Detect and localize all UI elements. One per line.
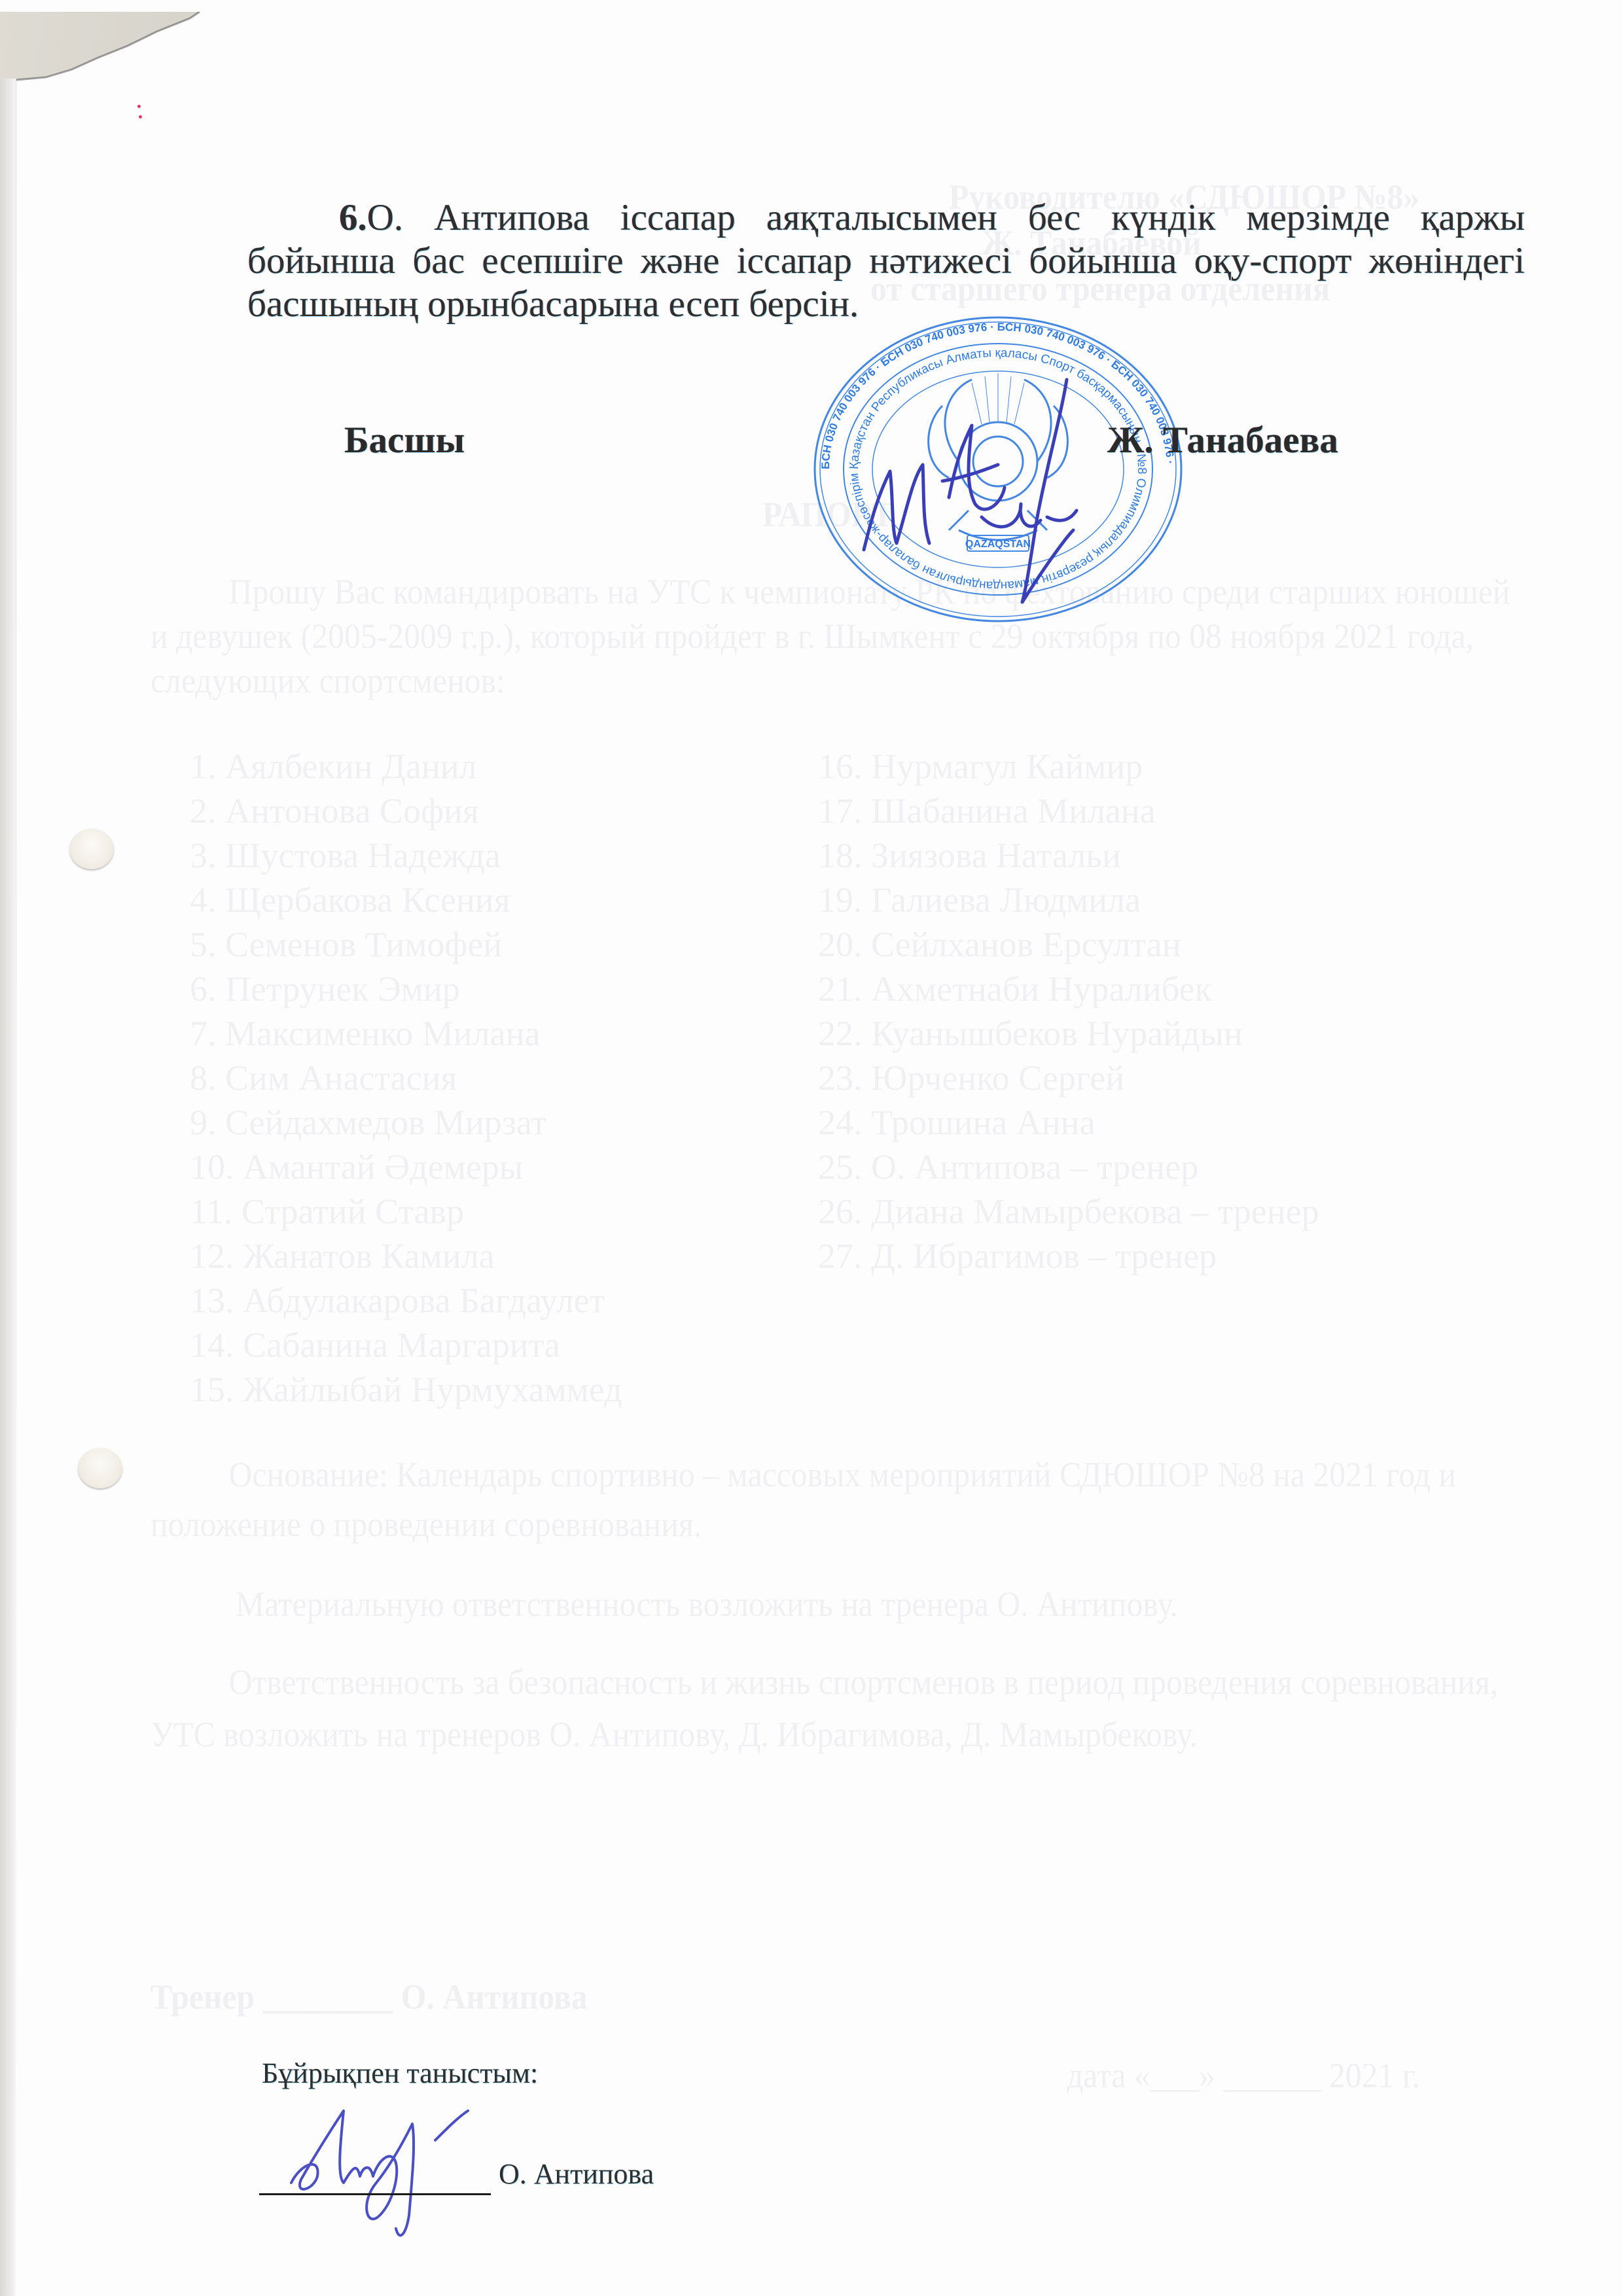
acknowledgement-signature <box>281 2104 497 2268</box>
signatory-title: Басшы <box>344 419 465 461</box>
ghost-signer: Тренер ________ О. Антипова <box>151 1977 588 2017</box>
ghost-list-item: 26. Диана Мамырбекова – тренер <box>818 1191 1319 1236</box>
ghost-list-item: 15. Жайлыбай Нурмухаммед <box>190 1369 622 1414</box>
head-signature <box>851 367 1139 615</box>
ghost-list-item: 14. Сабанина Маргарита <box>190 1325 622 1369</box>
ghost-list-item: 6. Петрунек Эмир <box>190 969 622 1013</box>
ghost-list-item: 10. Амантай Әдемеры <box>190 1147 622 1191</box>
acknowledgement-label: Бұйрықпен таныстым: <box>262 2056 538 2090</box>
ghost-list-item: 8. Сим Анастасия <box>190 1058 622 1102</box>
ghost-basis: Основание: Календарь спортивно – массовы… <box>151 1450 1535 1549</box>
ghost-list-item: 5. Семенов Тимофей <box>190 924 622 969</box>
ghost-list-item: 21. Ахметнаби Нуралибек <box>818 969 1319 1013</box>
ghost-list-item: 7. Максименко Милана <box>190 1013 622 1058</box>
ghost-list-right: 16. Нурмагул Каймир 17. Шабанина Милана … <box>818 746 1319 1280</box>
ghost-list-item: 1. Аялбекин Данил <box>190 746 622 791</box>
paragraph-text: О. Антипова іссапар аяқталысымен бес күн… <box>247 197 1525 325</box>
ghost-list-item: 3. Шустова Надежда <box>190 835 622 880</box>
signatory-name: Ж. Танабаева <box>1107 419 1338 461</box>
ghost-material: Материальную ответственность возложить н… <box>236 1584 1178 1624</box>
acknowledgement-name: О. Антипова <box>499 2157 654 2191</box>
ink-speck <box>139 115 142 118</box>
ghost-list-item: 2. Антонова София <box>190 791 622 835</box>
order-paragraph: 6.О. Антипова іссапар аяқталысымен бес к… <box>247 196 1525 326</box>
ghost-list-item: 19. Галиева Людмила <box>818 880 1319 924</box>
ghost-list-item: 24. Трошина Анна <box>818 1102 1319 1147</box>
ghost-list-left: 1. Аялбекин Данил 2. Антонова София 3. Ш… <box>190 746 622 1414</box>
acknowledgement-signature-line <box>259 2193 491 2195</box>
ghost-list-item: 27. Д. Ибрагимов – тренер <box>818 1236 1319 1280</box>
ghost-responsibility: Ответственность за безопасность и жизнь … <box>151 1656 1535 1761</box>
ghost-list-item: 4. Щербакова Ксения <box>190 880 622 924</box>
ghost-date: дата «___» ______ 2021 г. <box>1067 2055 1420 2096</box>
ghost-list-item: 23. Юрченко Сергей <box>818 1058 1319 1102</box>
ghost-list-item: 17. Шабанина Милана <box>818 791 1319 835</box>
ghost-list-item: 25. О. Антипова – тренер <box>818 1147 1319 1191</box>
item-number: 6. <box>339 197 367 238</box>
ghost-list-item: 12. Жанатов Камила <box>190 1236 622 1280</box>
ghost-list-item: 13. Абдулакарова Багдаулет <box>190 1280 622 1325</box>
ghost-list-item: 9. Сейдахмедов Мирзат <box>190 1102 622 1147</box>
ghost-list-item: 22. Куанышбеков Нурайдын <box>818 1013 1319 1058</box>
punch-hole <box>78 1448 122 1488</box>
ghost-list-item: 11. Стратий Ставр <box>190 1191 622 1236</box>
punch-hole <box>69 829 114 869</box>
ghost-list-item: 20. Сейлханов Ерсултан <box>818 924 1319 969</box>
ghost-list-item: 18. Зиязова Натальи <box>818 835 1319 880</box>
ink-speck <box>137 105 141 108</box>
ghost-list-item: 16. Нурмагул Каймир <box>818 746 1319 791</box>
scan-left-edge <box>0 79 16 2296</box>
